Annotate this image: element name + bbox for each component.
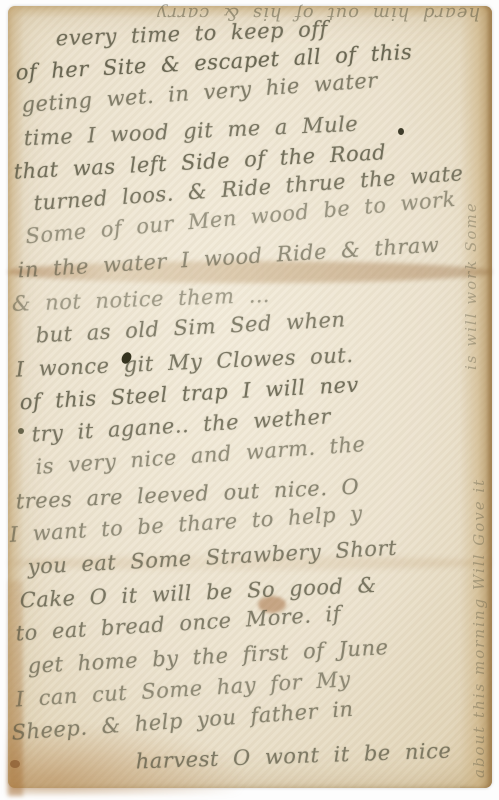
letter-paper: heard him out of his & carry is will wor… — [8, 6, 492, 788]
letter-body: every time to keep offof her Site & esca… — [8, 28, 492, 787]
scanned-letter-background: heard him out of his & carry is will wor… — [0, 0, 499, 800]
